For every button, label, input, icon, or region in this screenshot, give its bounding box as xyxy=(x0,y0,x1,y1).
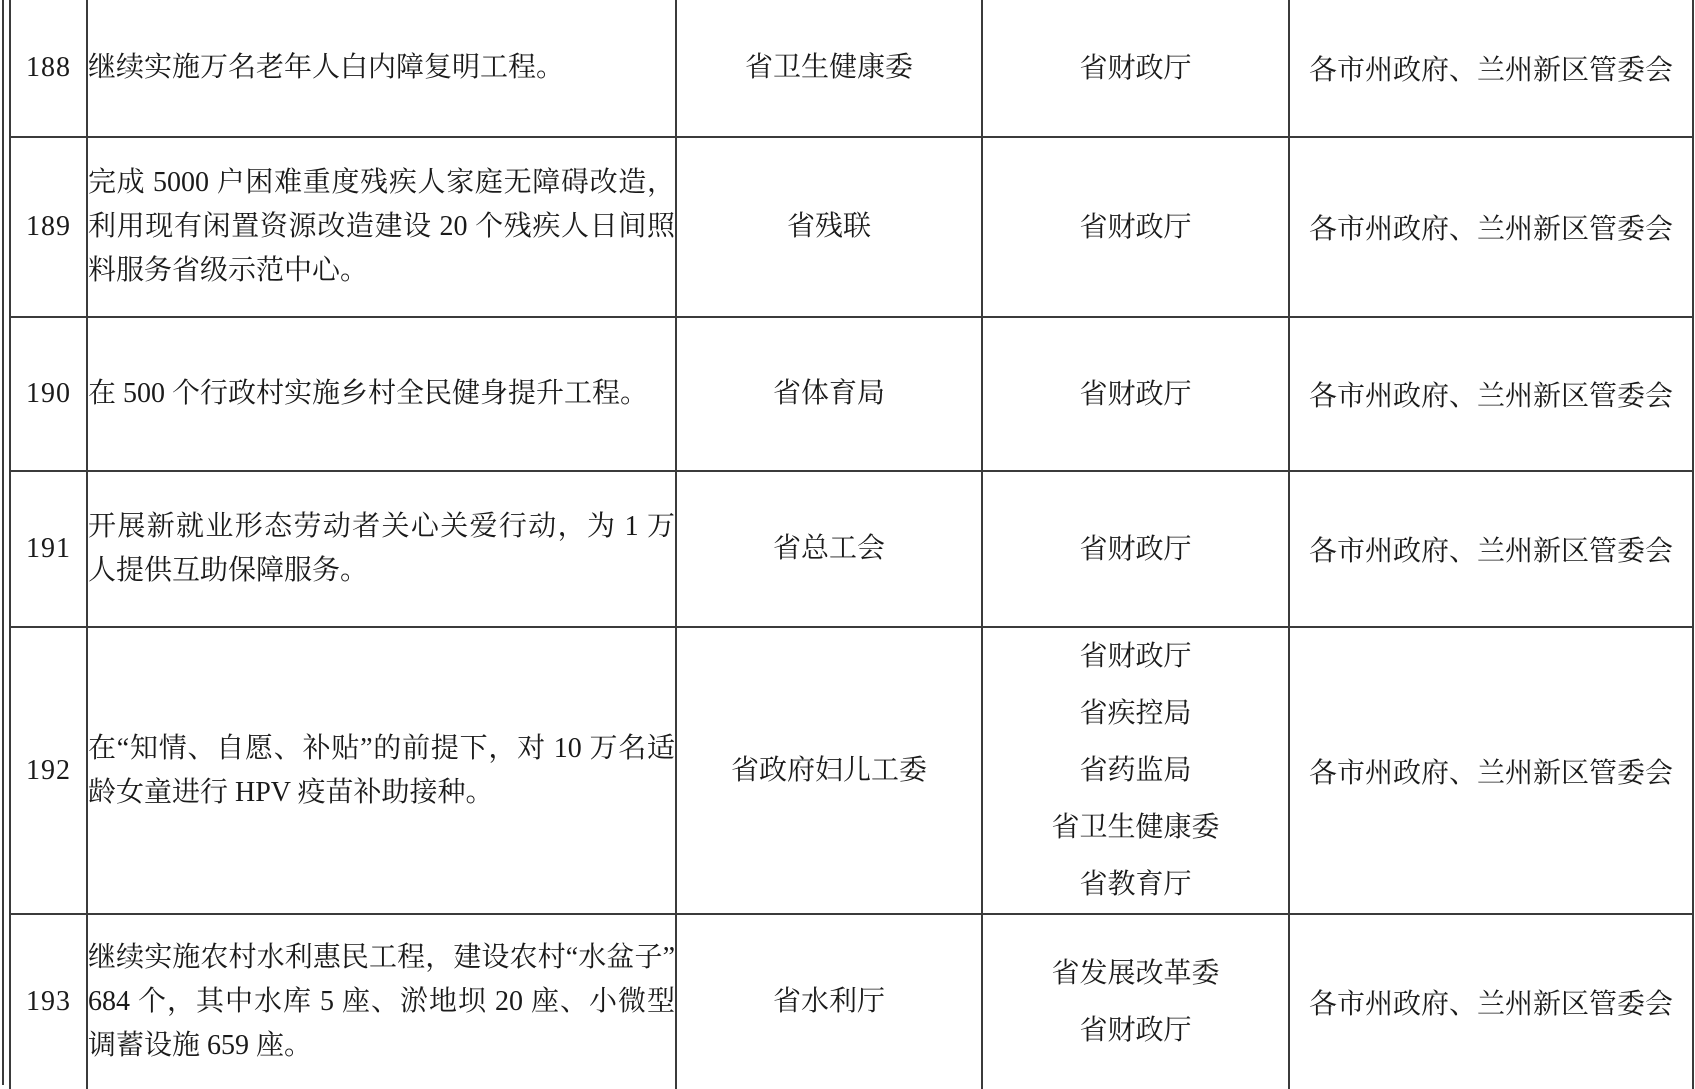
support-units-cell: 省财政厅 xyxy=(982,471,1289,627)
support-units-cell: 省财政厅 xyxy=(982,317,1289,471)
task-cell: 完成 5000 户困难重度残疾人家庭无障碍改造，利用现有闲置资源改造建设 20 … xyxy=(87,137,676,317)
implementation-cell: 各市州政府、兰州新区管委会 xyxy=(1289,317,1693,471)
document-page: { "colors": { "background": "#ffffff", "… xyxy=(0,0,1695,1089)
task-cell: 继续实施农村水利惠民工程，建设农村“水盆子” 684 个，其中水库 5 座、淤地… xyxy=(87,914,676,1089)
support-unit-line: 省财政厅 xyxy=(983,1002,1288,1059)
support-unit-line: 省财政厅 xyxy=(983,628,1288,685)
support-unit-line: 省财政厅 xyxy=(983,366,1288,423)
table-row: 189 完成 5000 户困难重度残疾人家庭无障碍改造，利用现有闲置资源改造建设… xyxy=(10,137,1693,317)
lead-unit-cell: 省卫生健康委 xyxy=(676,0,982,137)
support-units-cell: 省发展改革委 省财政厅 xyxy=(982,914,1289,1089)
support-unit-line: 省发展改革委 xyxy=(983,945,1288,1002)
table-outer-border-line xyxy=(2,0,4,1085)
row-number-cell: 191 xyxy=(10,471,87,627)
row-number-cell: 190 xyxy=(10,317,87,471)
lead-unit-cell: 省水利厅 xyxy=(676,914,982,1089)
table-row: 191 开展新就业形态劳动者关心关爱行动，为 1 万人提供互助保障服务。 省总工… xyxy=(10,471,1693,627)
row-number-cell: 188 xyxy=(10,0,87,137)
task-cell: 在 500 个行政村实施乡村全民健身提升工程。 xyxy=(87,317,676,471)
row-number-cell: 189 xyxy=(10,137,87,317)
support-unit-line: 省药监局 xyxy=(983,742,1288,799)
work-plan-table: 188 继续实施万名老年人白内障复明工程。 省卫生健康委 省财政厅 各市州政府、… xyxy=(9,0,1694,1089)
support-units-cell: 省财政厅 xyxy=(982,0,1289,137)
implementation-cell: 各市州政府、兰州新区管委会 xyxy=(1289,0,1693,137)
implementation-cell: 各市州政府、兰州新区管委会 xyxy=(1289,471,1693,627)
table-row: 190 在 500 个行政村实施乡村全民健身提升工程。 省体育局 省财政厅 各市… xyxy=(10,317,1693,471)
implementation-cell: 各市州政府、兰州新区管委会 xyxy=(1289,137,1693,317)
task-cell: 继续实施万名老年人白内障复明工程。 xyxy=(87,0,676,137)
table-row: 192 在“知情、自愿、补贴”的前提下，对 10 万名适龄女童进行 HPV 疫苗… xyxy=(10,627,1693,914)
implementation-cell: 各市州政府、兰州新区管委会 xyxy=(1289,627,1693,914)
support-unit-line: 省卫生健康委 xyxy=(983,799,1288,856)
lead-unit-cell: 省总工会 xyxy=(676,471,982,627)
table-row: 188 继续实施万名老年人白内障复明工程。 省卫生健康委 省财政厅 各市州政府、… xyxy=(10,0,1693,137)
row-number-cell: 192 xyxy=(10,627,87,914)
row-number-cell: 193 xyxy=(10,914,87,1089)
lead-unit-cell: 省体育局 xyxy=(676,317,982,471)
support-unit-line: 省财政厅 xyxy=(983,199,1288,256)
support-units-cell: 省财政厅 省疾控局 省药监局 省卫生健康委 省教育厅 xyxy=(982,627,1289,914)
task-cell: 开展新就业形态劳动者关心关爱行动，为 1 万人提供互助保障服务。 xyxy=(87,471,676,627)
support-unit-line: 省教育厅 xyxy=(983,856,1288,913)
implementation-cell: 各市州政府、兰州新区管委会 xyxy=(1289,914,1693,1089)
support-unit-line: 省财政厅 xyxy=(983,521,1288,578)
table-row: 193 继续实施农村水利惠民工程，建设农村“水盆子” 684 个，其中水库 5 … xyxy=(10,914,1693,1089)
task-cell: 在“知情、自愿、补贴”的前提下，对 10 万名适龄女童进行 HPV 疫苗补助接种… xyxy=(87,627,676,914)
lead-unit-cell: 省政府妇儿工委 xyxy=(676,627,982,914)
support-unit-line: 省财政厅 xyxy=(983,40,1288,97)
lead-unit-cell: 省残联 xyxy=(676,137,982,317)
support-unit-line: 省疾控局 xyxy=(983,685,1288,742)
support-units-cell: 省财政厅 xyxy=(982,137,1289,317)
